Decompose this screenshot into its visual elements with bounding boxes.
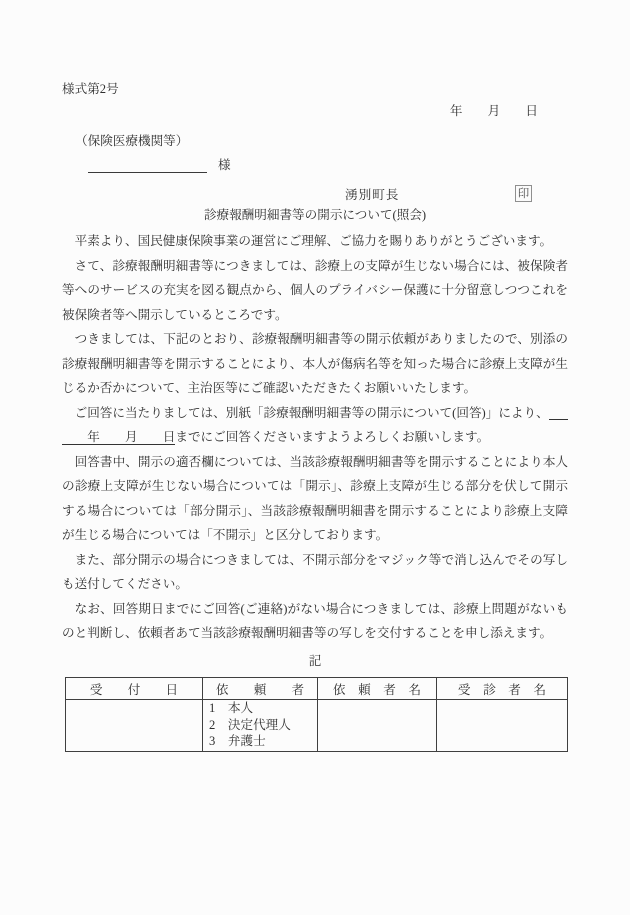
table-header-patient-name: 受 診 者 名 bbox=[437, 677, 568, 699]
table-row: 1 本人 2 決定代理人 3 弁護士 bbox=[66, 699, 568, 751]
requester-option-lawyer: 3 弁護士 bbox=[203, 733, 317, 750]
requester-options-cell: 1 本人 2 決定代理人 3 弁護士 bbox=[203, 699, 318, 751]
seal-mark: 印 bbox=[518, 185, 530, 201]
recipient-label: （保険医療機関等） bbox=[62, 134, 568, 148]
paragraph-request: つきましては、下記のとおり、診療報酬明細書等の開示依頼がありましたので、別添の診… bbox=[62, 327, 568, 401]
reply-deadline-date-blank: 年 月 日 bbox=[62, 430, 175, 445]
requester-name-cell bbox=[318, 699, 437, 751]
table-header-row: 受 付 日 依 頼 者 依 頼 者 名 受 診 者 名 bbox=[66, 677, 568, 699]
table-header-requester-name: 依 頼 者 名 bbox=[318, 677, 437, 699]
recipient-blank-underline bbox=[88, 160, 207, 173]
reception-date-cell bbox=[66, 699, 203, 751]
paragraph-partial-disclosure: また、部分開示の場合につきましては、不開示部分をマジック等で消し込んでその写しも… bbox=[62, 548, 568, 597]
table-header-requester: 依 頼 者 bbox=[203, 677, 318, 699]
issue-date-line: 年 月 日 bbox=[62, 104, 568, 118]
reply-deadline-line-2: 年 月 日までにご回答くださいますようよろしくお願いします。 bbox=[62, 425, 568, 450]
patient-name-cell bbox=[437, 699, 568, 751]
disclosure-table: 受 付 日 依 頼 者 依 頼 者 名 受 診 者 名 1 本人 2 決定代理人… bbox=[65, 677, 568, 752]
paragraph-greeting: 平素より、国民健康保険事業の運営にご理解、ご協力を賜りありがとうございます。 bbox=[62, 229, 568, 254]
requester-option-representative: 2 決定代理人 bbox=[203, 717, 317, 734]
recipient-honorific: 様 bbox=[218, 158, 231, 173]
page-title: 診療報酬明細書等の開示について(照会) bbox=[62, 208, 568, 223]
reply-deadline-lead: ご回答に当たりましては、別紙「診療報酬明細書等の開示について(回答)」により、 bbox=[62, 401, 549, 426]
paragraph-intro: さて、診療報酬明細書等につきましては、診療上の支障が生じない場合には、被保険者等… bbox=[62, 254, 568, 328]
sender-row: 湧別町長 印 bbox=[62, 184, 568, 202]
reply-deadline-tail: までにご回答くださいますようよろしくお願いします。 bbox=[175, 430, 489, 444]
body-text: 平素より、国民健康保険事業の運営にご理解、ご協力を賜りありがとうございます。 さ… bbox=[62, 229, 568, 646]
reply-deadline-trailing-blank bbox=[549, 401, 568, 421]
form-number: 様式第2号 bbox=[62, 82, 568, 96]
paragraph-no-reply: なお、回答期日までにご回答(ご連絡)がない場合につきましては、診療上問題がないも… bbox=[62, 597, 568, 646]
paragraph-classification: 回答書中、開示の適否欄については、当該診療報酬明細書等を開示することにより本人の… bbox=[62, 450, 568, 548]
recipient-line: 様 bbox=[62, 158, 568, 173]
requester-option-self: 1 本人 bbox=[203, 700, 317, 717]
sender-name: 湧別町長 bbox=[345, 184, 399, 203]
reply-deadline-line-1: ご回答に当たりましては、別紙「診療報酬明細書等の開示について(回答)」により、 bbox=[62, 401, 568, 426]
document-page: 様式第2号 年 月 日 （保険医療機関等） 様 湧別町長 印 診療報酬明細書等の… bbox=[0, 0, 630, 915]
table-header-reception-date: 受 付 日 bbox=[66, 677, 203, 699]
record-marker: 記 bbox=[62, 654, 568, 668]
seal-stamp: 印 bbox=[515, 185, 532, 202]
